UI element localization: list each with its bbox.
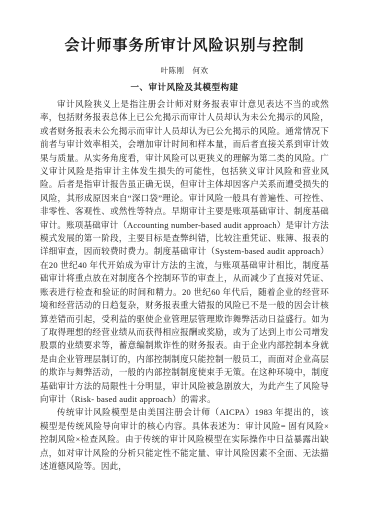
body-paragraph: 传统审计风险模型是由美国注册会计师（AICPA）1983 年提出的，该模型是传统… [40,406,329,473]
section-heading: 一、审计风险及其模型构建 [40,81,329,93]
body-paragraph: 审计风险狭义上是指注册会计师对财务报表审计意见表达不当的或然率，包括财务报表总体… [40,98,329,406]
page-title: 会计师事务所审计风险识别与控制 [40,36,329,56]
author-line: 叶陈刚 何欢 [40,65,329,76]
document-page: 会计师事务所审计风险识别与控制 叶陈刚 何欢 一、审计风险及其模型构建 审计风险… [0,0,365,516]
